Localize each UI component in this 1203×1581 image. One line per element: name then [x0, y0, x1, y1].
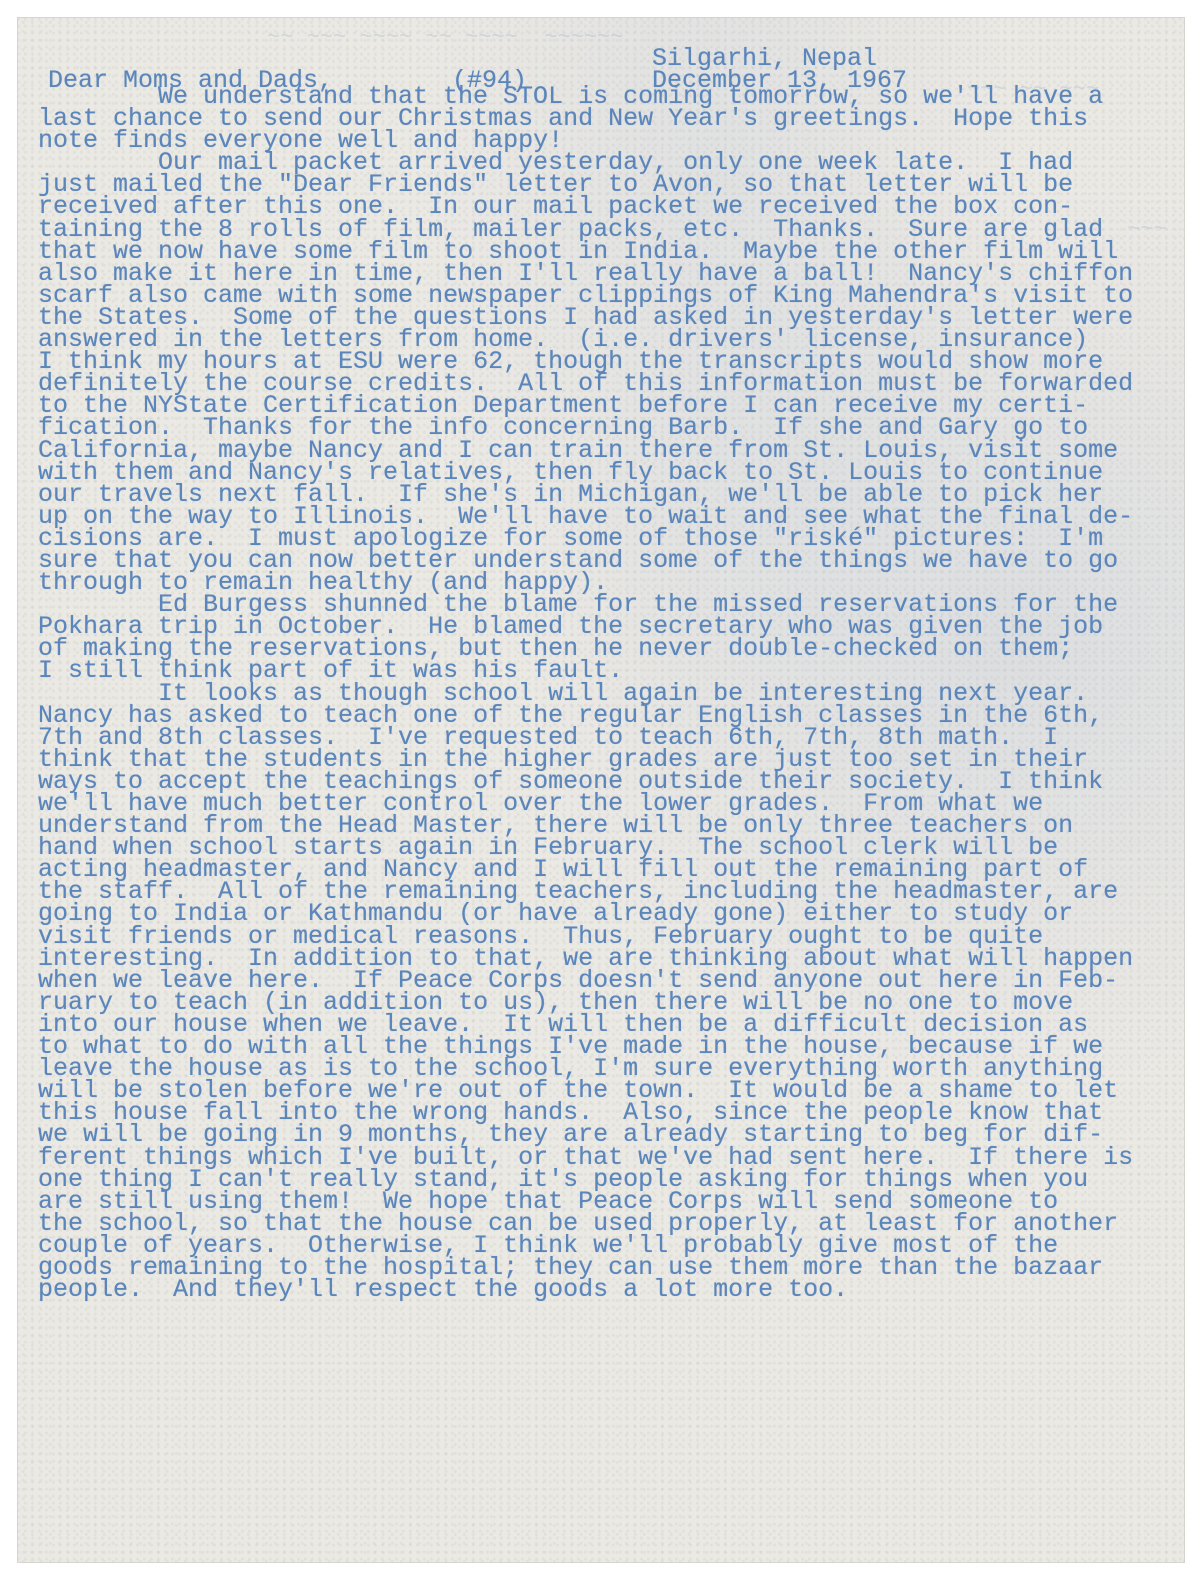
letter-line: people. And they'll respect the goods a …	[38, 1279, 1133, 1301]
letter-paragraph: Ed Burgess shunned the blame for the mis…	[38, 594, 1133, 682]
letter-body: We understand that the STOL is coming to…	[38, 86, 1133, 1301]
letter-paragraph: We understand that the STOL is coming to…	[38, 86, 1133, 152]
letter-paragraph: Our mail packet arrived yesterday, only …	[38, 152, 1133, 594]
letter-paragraph: It looks as though school will again be …	[38, 683, 1133, 1302]
